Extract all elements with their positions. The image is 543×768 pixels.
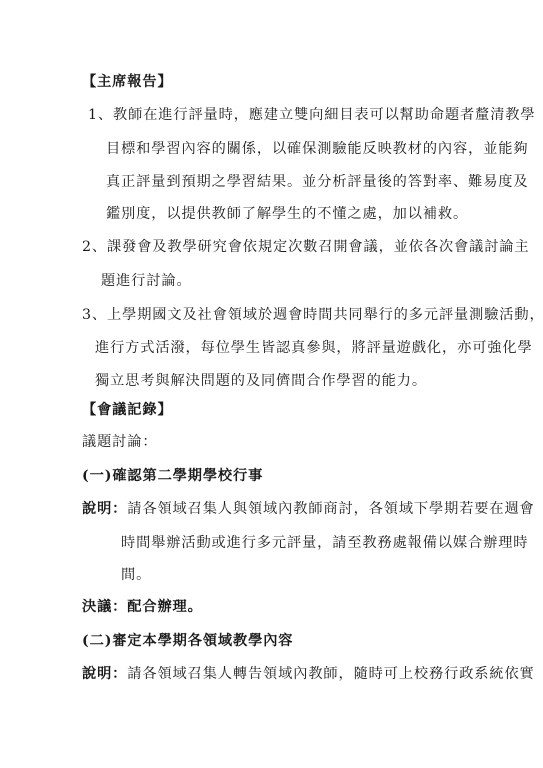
topic-1-resolution: 決議：配合辦理。 bbox=[82, 598, 203, 616]
explanation-label: 說明： bbox=[82, 501, 127, 517]
report-item-1-line-3: 真正評量到預期之學習結果。並分析評量後的答對率、難易度及 bbox=[106, 173, 528, 191]
topic-1-title: (一)確認第二學期學校行事 bbox=[82, 467, 263, 485]
explanation-text: 請各領域召集人與領域內教師商討，各領域下學期若要在週會 bbox=[127, 501, 534, 517]
topic-1-explanation-line-3: 間。 bbox=[121, 566, 151, 584]
topic-2-title: (二)審定本學期各領域教學內容 bbox=[82, 632, 293, 650]
meeting-record-heading: 【會議記錄】 bbox=[82, 401, 173, 419]
chair-report-heading: 【主席報告】 bbox=[82, 73, 173, 91]
report-item-1-line-2: 目標和學習內容的關係，以確保測驗能反映教材的內容，並能夠 bbox=[106, 140, 528, 158]
topic-1-explanation-line-2: 時間舉辦活動或進行多元評量，請至教務處報備以媒合辦理時 bbox=[121, 534, 528, 552]
report-item-3-line-2: 進行方式活潑，每位學生皆認真參與，將評量遊戲化，亦可強化學 bbox=[95, 339, 533, 357]
report-item-1-line-4: 鑑別度，以提供教師了解學生的不懂之處，加以補救。 bbox=[106, 205, 468, 223]
topic-1-explanation-line-1: 說明：請各領域召集人與領域內教師商討，各領域下學期若要在週會 bbox=[82, 500, 535, 518]
resolution-text: 配合辦理。 bbox=[127, 599, 202, 615]
report-item-1-line-1: 1、教師在進行評量時，應建立雙向細目表可以幫助命題者釐清教學 bbox=[88, 106, 535, 124]
discussion-label: 議題討論： bbox=[82, 433, 157, 451]
explanation-text: 請各領域召集人轉告領域內教師，隨時可上校務行政系統依實 bbox=[127, 666, 534, 682]
topic-2-explanation-line-1: 說明：請各領域召集人轉告領域內教師，隨時可上校務行政系統依實 bbox=[82, 665, 535, 683]
resolution-label: 決議： bbox=[82, 599, 127, 615]
explanation-label: 說明： bbox=[82, 666, 127, 682]
report-item-3-line-1: 3、上學期國文及社會領域於週會時間共同舉行的多元評量測驗活動， bbox=[82, 306, 543, 324]
report-item-3-line-3: 獨立思考與解決問題的及同儕間合作學習的能力。 bbox=[95, 372, 427, 390]
report-item-2-line-2: 題進行討論。 bbox=[101, 272, 192, 290]
report-item-2-line-1: 2、課發會及教學研究會依規定次數召開會議，並依各次會議討論主 bbox=[82, 238, 529, 256]
